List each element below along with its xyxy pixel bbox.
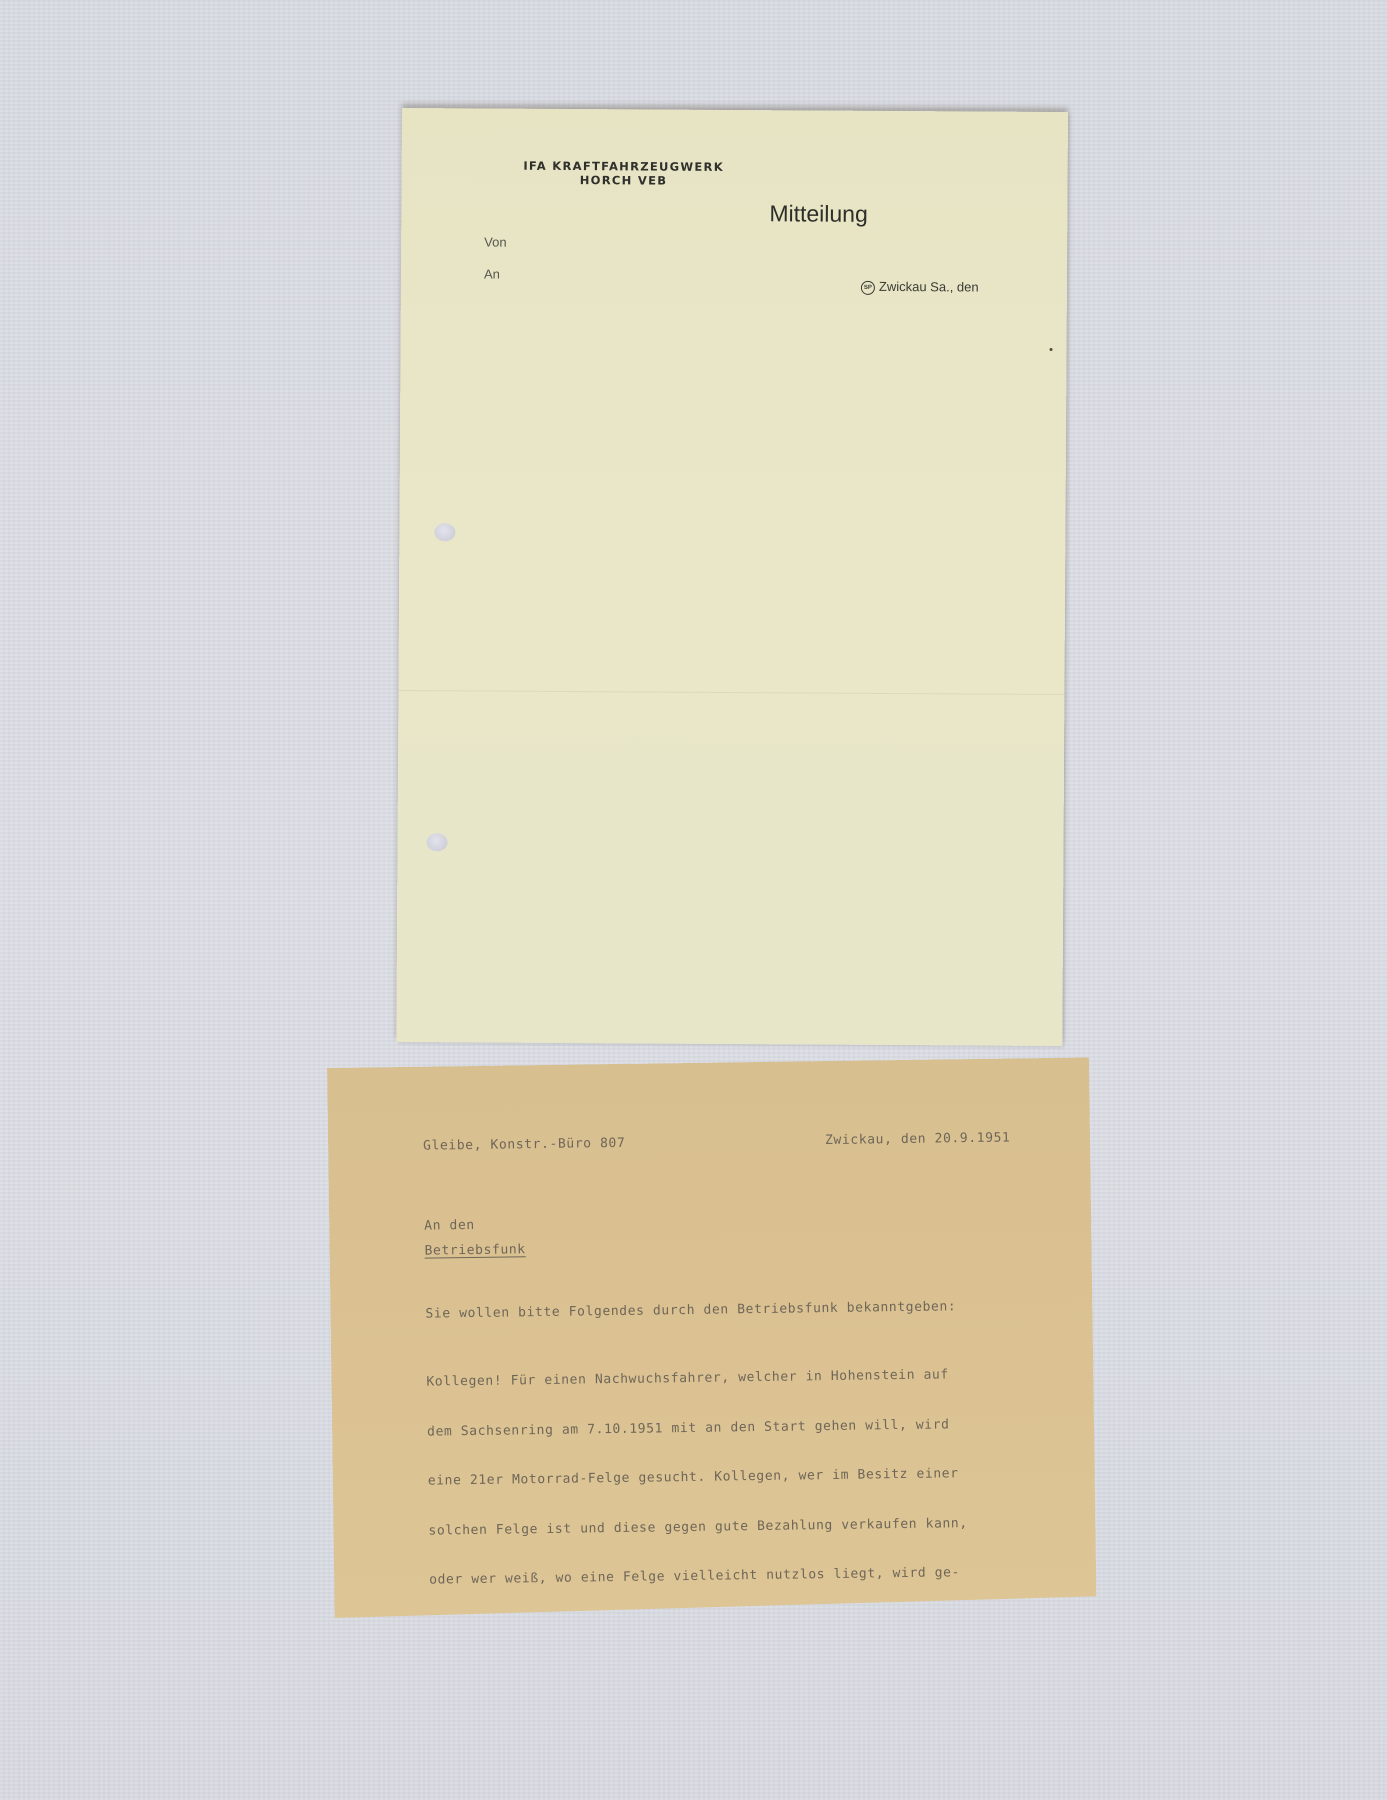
- memo-date: Zwickau, den 20.9.1951: [825, 1130, 1011, 1148]
- company-logo-icon: SP: [861, 280, 875, 294]
- typed-memo-sheet: Gleibe, Konstr.-Büro 807 Zwickau, den 20…: [327, 1057, 1097, 1618]
- memo-recipient-line2: Betriebsfunk: [424, 1242, 525, 1258]
- fold-line: [398, 690, 1064, 695]
- company-name-line1: IFA KRAFTFAHRZEUGWERK: [484, 158, 764, 174]
- memo-body-line: Kollegen! Für einen Nachwuchsfahrer, wel…: [426, 1367, 965, 1391]
- memo-body-line: dem Sachsenring am 7.10.1951 mit an den …: [427, 1417, 966, 1441]
- memo-body-line: solchen Felge ist und diese gegen gute B…: [428, 1516, 967, 1540]
- memo-recipient-line1: An den: [424, 1218, 475, 1234]
- punch-hole-icon: [434, 523, 455, 541]
- punch-hole-icon: [426, 833, 447, 851]
- memo-intro: Sie wollen bitte Folgendes durch den Bet…: [425, 1299, 956, 1321]
- company-name-line2: HORCH VEB: [484, 172, 764, 188]
- place-date-field: SPZwickau Sa., den: [861, 279, 979, 295]
- letterhead-sheet: IFA KRAFTFAHRZEUGWERK HORCH VEB Mitteilu…: [396, 108, 1068, 1046]
- place-label: Zwickau Sa., den: [879, 279, 979, 295]
- memo-body-line: oder wer weiß, wo eine Felge vielleicht …: [429, 1565, 968, 1589]
- memo-sender: Gleibe, Konstr.-Büro 807: [423, 1136, 625, 1154]
- memo-body-line: eine 21er Motorrad-Felge gesucht. Kolleg…: [428, 1466, 967, 1490]
- letterhead-title: Mitteilung: [769, 200, 868, 228]
- paper-speck: [1050, 348, 1053, 351]
- memo-body-line: gebeten, dies in der Betriebsfunkstelle …: [430, 1615, 969, 1639]
- memo-body: Kollegen! Für einen Nachwuchsfahrer, wel…: [426, 1334, 970, 1671]
- to-label: An: [484, 267, 500, 282]
- from-label: Von: [484, 235, 507, 250]
- company-name: IFA KRAFTFAHRZEUGWERK HORCH VEB: [484, 158, 764, 188]
